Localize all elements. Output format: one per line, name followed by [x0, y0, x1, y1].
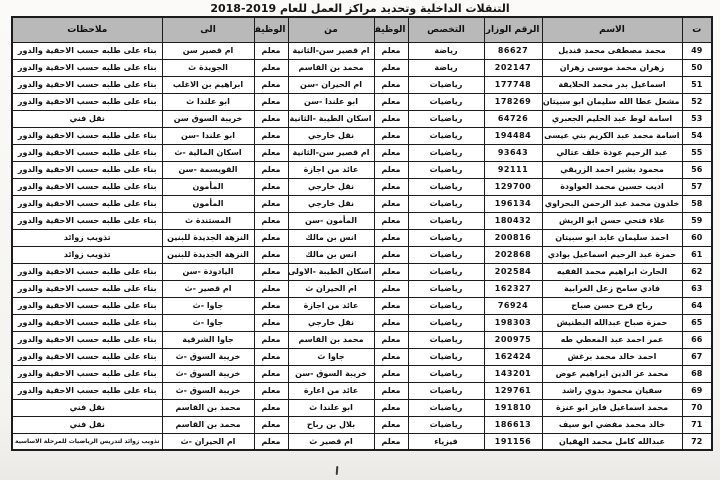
cell-ministry_no: 93643	[484, 144, 542, 161]
cell-name: علاء فتحي حسن ابو الريش	[542, 212, 682, 229]
cell-specialization: رياضيات	[408, 161, 484, 178]
cell-notes: بناء على طلبه حسب الاحقية والدور	[12, 382, 162, 399]
table-row: 54اسامة محمد عبد الكريم بني عيسى194484ري…	[12, 127, 712, 144]
table-row: 68محمد عز الدين ابراهيم عوض143201رياضيات…	[12, 365, 712, 382]
cell-new_job: معلم	[254, 59, 288, 76]
cell-id: 53	[682, 110, 712, 127]
cell-from: ابو علندا -سن	[288, 93, 374, 110]
cell-specialization: فيزياء	[408, 433, 484, 450]
cell-new_job: معلم	[254, 212, 288, 229]
cell-ministry_no: 200975	[484, 331, 542, 348]
cell-id: 65	[682, 314, 712, 331]
cell-specialization: رياضيات	[408, 178, 484, 195]
cell-specialization: رياضيات	[408, 331, 484, 348]
cell-notes: بناء على طلبه حسب الاحقية والدور	[12, 314, 162, 331]
cell-specialization: رياضيات	[408, 144, 484, 161]
cell-to: المأمون	[162, 178, 254, 195]
table-row: 56محمود بشير احمد الزريقي92111رياضياتمعل…	[12, 161, 712, 178]
cell-to: خريبة السوق سن	[162, 110, 254, 127]
cell-notes: بناء على طلبه حسب الاحقية والدور	[12, 59, 162, 76]
cell-from: اسكان الطيبة -الاولى	[288, 263, 374, 280]
cell-new_job: معلم	[254, 93, 288, 110]
cell-ministry_no: 202147	[484, 59, 542, 76]
cell-name: عبدالله كامل محمد الهقيان	[542, 433, 682, 450]
cell-id: 55	[682, 144, 712, 161]
column-header-notes: ملاحظات	[12, 17, 162, 42]
cell-new_job: معلم	[254, 433, 288, 450]
cell-new_job: معلم	[254, 263, 288, 280]
cell-id: 50	[682, 59, 712, 76]
cell-id: 59	[682, 212, 712, 229]
cell-from: ام قصير سن-الثانية	[288, 42, 374, 59]
cell-notes: بناء على طلبه حسب الاحقية والدور	[12, 348, 162, 365]
cell-id: 60	[682, 229, 712, 246]
cell-name: محمد مصطفى محمد قنديل	[542, 42, 682, 59]
cell-from: ابو علندا ث	[288, 399, 374, 416]
cell-new_job: معلم	[254, 178, 288, 195]
cell-name: الحارث ابراهيم محمد الفقيه	[542, 263, 682, 280]
cell-notes: تذويب زوائد	[12, 246, 162, 263]
cell-name: احمد خالد محمد برغش	[542, 348, 682, 365]
cell-from: ام الحيران -سن	[288, 76, 374, 93]
cell-from: انس بن مالك	[288, 246, 374, 263]
table-row: 57اديب حسين محمد العواودة129700رياضياتمع…	[12, 178, 712, 195]
cell-from: بلال بن رباح	[288, 416, 374, 433]
cell-to: ابو علندا -سن	[162, 127, 254, 144]
cell-to: جاوا الشرقية	[162, 331, 254, 348]
cell-current_job: معلم	[374, 416, 408, 433]
table-row: 59علاء فتحي حسن ابو الريش180432رياضياتمع…	[12, 212, 712, 229]
cell-from: محمد بن القاسم	[288, 331, 374, 348]
cell-to: ام قصير سن	[162, 42, 254, 59]
cell-from: نقل خارجي	[288, 127, 374, 144]
cell-notes: بناء على طلبه حسب الاحقية والدور	[12, 93, 162, 110]
cell-name: خلدون محمد عبد الرحمن البحراوي	[542, 195, 682, 212]
cell-notes: بناء على طلبه حسب الاحقية والدور	[12, 144, 162, 161]
cell-notes: بناء على طلبه حسب الاحقية والدور	[12, 42, 162, 59]
cell-new_job: معلم	[254, 144, 288, 161]
table-row: 63فادي سامح زعل الغرابية162327رياضياتمعل…	[12, 280, 712, 297]
table-row: 67احمد خالد محمد برغش162424رياضياتمعلمجا…	[12, 348, 712, 365]
cell-specialization: رياضيات	[408, 229, 484, 246]
cell-to: جاوا -ث	[162, 314, 254, 331]
cell-from: عائد من اجازة	[288, 161, 374, 178]
cell-notes: بناء على طلبه حسب الاحقية والدور	[12, 76, 162, 93]
cell-to: خريبة السوق -ث	[162, 382, 254, 399]
cell-new_job: معلم	[254, 229, 288, 246]
cell-notes: بناء على طلبه حسب الاحقية والدور	[12, 280, 162, 297]
cell-name: رباح فرح حسن صباح	[542, 297, 682, 314]
cell-new_job: معلم	[254, 42, 288, 59]
cell-to: القويسمة -سن	[162, 161, 254, 178]
cell-to: اسكان المالية -ث	[162, 144, 254, 161]
cell-ministry_no: 191156	[484, 433, 542, 450]
cell-notes: بناء على طلبه حسب الاحقية والدور	[12, 263, 162, 280]
cell-notes: بناء على طلبه حسب الاحقية والدور	[12, 365, 162, 382]
cell-notes: بناء على طلبه حسب الاحقية والدور	[12, 297, 162, 314]
cell-to: خريبة السوق -ث	[162, 348, 254, 365]
cell-specialization: رياضيات	[408, 297, 484, 314]
cell-to: ابراهيم بن الاغلب	[162, 76, 254, 93]
cell-name: حمزة عبد الرحيم اسماعيل بوادي	[542, 246, 682, 263]
cell-ministry_no: 76924	[484, 297, 542, 314]
cell-current_job: معلم	[374, 382, 408, 399]
table-row: 66عمر احمد عبد المعطي طه200975رياضياتمعل…	[12, 331, 712, 348]
cell-name: محمود بشير احمد الزريقي	[542, 161, 682, 178]
header-row: تالاسمالرقم الوزاريالتخصصالوظيفة الحالية…	[12, 17, 712, 42]
cell-notes: بناء على طلبه حسب الاحقية والدور	[12, 212, 162, 229]
table-row: 58خلدون محمد عبد الرحمن البحراوي196134ري…	[12, 195, 712, 212]
cell-new_job: معلم	[254, 280, 288, 297]
cell-id: 66	[682, 331, 712, 348]
cell-current_job: معلم	[374, 59, 408, 76]
cell-ministry_no: 186613	[484, 416, 542, 433]
cell-ministry_no: 196134	[484, 195, 542, 212]
table-row: 55عبد الرحيم عودة خلف عتالي93643رياضياتم…	[12, 144, 712, 161]
cell-from: جاوا ث	[288, 348, 374, 365]
cell-id: 57	[682, 178, 712, 195]
cell-current_job: معلم	[374, 246, 408, 263]
cell-new_job: معلم	[254, 382, 288, 399]
cell-name: سفيان محمود بدوي راشد	[542, 382, 682, 399]
cell-name: حمزة صباح عبدالله البطنيش	[542, 314, 682, 331]
table-row: 50زهران محمد موسى زهران202147رياضةمعلممح…	[12, 59, 712, 76]
cell-specialization: رياضيات	[408, 365, 484, 382]
cell-from: عائد من اعارة	[288, 382, 374, 399]
cell-ministry_no: 202868	[484, 246, 542, 263]
cell-id: 70	[682, 399, 712, 416]
cell-current_job: معلم	[374, 280, 408, 297]
cell-name: زهران محمد موسى زهران	[542, 59, 682, 76]
column-header-id: ت	[682, 17, 712, 42]
cell-new_job: معلم	[254, 127, 288, 144]
cell-new_job: معلم	[254, 110, 288, 127]
cell-ministry_no: 162424	[484, 348, 542, 365]
cell-notes: نقل فني	[12, 399, 162, 416]
cell-ministry_no: 200816	[484, 229, 542, 246]
cell-id: 58	[682, 195, 712, 212]
cell-from: نقل خارجي	[288, 195, 374, 212]
cell-current_job: معلم	[374, 348, 408, 365]
table-row: 52مشعل عطا الله سليمان ابو سبيتان178269ر…	[12, 93, 712, 110]
cell-new_job: معلم	[254, 365, 288, 382]
cell-notes: تذويب زوائد لتدريس الرياضيات للمرحلة الا…	[12, 433, 162, 450]
cell-notes: تذويب زوائد	[12, 229, 162, 246]
cell-ministry_no: 129700	[484, 178, 542, 195]
column-header-specialization: التخصص	[408, 17, 484, 42]
cell-to: محمد بن القاسم	[162, 399, 254, 416]
cell-specialization: رياضيات	[408, 348, 484, 365]
table-body: 49محمد مصطفى محمد قنديل86627رياضةمعلمام …	[12, 42, 712, 450]
table-row: 69سفيان محمود بدوي راشد129761رياضياتمعلم…	[12, 382, 712, 399]
cell-current_job: معلم	[374, 314, 408, 331]
cell-specialization: رياضيات	[408, 93, 484, 110]
cell-current_job: معلم	[374, 178, 408, 195]
cell-notes: بناء على طلبه حسب الاحقية والدور	[12, 331, 162, 348]
cell-new_job: معلم	[254, 246, 288, 263]
cell-new_job: معلم	[254, 297, 288, 314]
cell-from: ام قصير سن-الثانية	[288, 144, 374, 161]
cell-specialization: رياضيات	[408, 246, 484, 263]
cell-ministry_no: 198303	[484, 314, 542, 331]
cell-ministry_no: 143201	[484, 365, 542, 382]
cell-current_job: معلم	[374, 212, 408, 229]
cell-from: ام قصير ث	[288, 433, 374, 450]
stray-ink-mark	[336, 466, 339, 475]
cell-from: اسكان الطيبة -الثانية	[288, 110, 374, 127]
page-title: التنقلات الداخلية وتحديد مراكز العمل للع…	[0, 0, 720, 15]
cell-name: اديب حسين محمد العواودة	[542, 178, 682, 195]
table-row: 72عبدالله كامل محمد الهقيان191156فيزياءم…	[12, 433, 712, 450]
cell-id: 62	[682, 263, 712, 280]
cell-new_job: معلم	[254, 314, 288, 331]
table-row: 61حمزة عبد الرحيم اسماعيل بوادي202868ريا…	[12, 246, 712, 263]
table-row: 51اسماعيل بدر محمد الحلايقة177748رياضيات…	[12, 76, 712, 93]
cell-to: الجويدة ث	[162, 59, 254, 76]
cell-current_job: معلم	[374, 110, 408, 127]
cell-to: المستندة ث	[162, 212, 254, 229]
cell-current_job: معلم	[374, 433, 408, 450]
cell-to: النزهة الجديدة للبنين	[162, 246, 254, 263]
column-header-new_job: الوظيفة المنقول عليها	[254, 17, 288, 42]
cell-current_job: معلم	[374, 331, 408, 348]
cell-current_job: معلم	[374, 399, 408, 416]
cell-current_job: معلم	[374, 127, 408, 144]
cell-notes: نقل فني	[12, 416, 162, 433]
cell-current_job: معلم	[374, 76, 408, 93]
cell-name: مشعل عطا الله سليمان ابو سبيتان	[542, 93, 682, 110]
cell-id: 67	[682, 348, 712, 365]
cell-new_job: معلم	[254, 195, 288, 212]
cell-id: 71	[682, 416, 712, 433]
cell-id: 49	[682, 42, 712, 59]
column-header-ministry_no: الرقم الوزاري	[484, 17, 542, 42]
cell-from: محمد بن القاسم	[288, 59, 374, 76]
table-row: 53اسامة لوط عبد الحليم الجعبري64726رياضي…	[12, 110, 712, 127]
cell-specialization: رياضة	[408, 42, 484, 59]
cell-name: محمد اسماعيل فايز ابو عنزة	[542, 399, 682, 416]
cell-current_job: معلم	[374, 229, 408, 246]
cell-new_job: معلم	[254, 161, 288, 178]
cell-notes: نقل فني	[12, 110, 162, 127]
cell-id: 54	[682, 127, 712, 144]
cell-id: 69	[682, 382, 712, 399]
table-row: 70محمد اسماعيل فايز ابو عنزة191810رياضيا…	[12, 399, 712, 416]
cell-to: جاوا -ث	[162, 297, 254, 314]
cell-current_job: معلم	[374, 365, 408, 382]
cell-ministry_no: 86627	[484, 42, 542, 59]
cell-to: اليادودة -سن	[162, 263, 254, 280]
cell-ministry_no: 180432	[484, 212, 542, 229]
cell-new_job: معلم	[254, 348, 288, 365]
transfers-table: تالاسمالرقم الوزاريالتخصصالوظيفة الحالية…	[11, 16, 713, 451]
cell-id: 64	[682, 297, 712, 314]
cell-name: احمد سليمان عابد ابو سبيتان	[542, 229, 682, 246]
column-header-current_job: الوظيفة الحالية	[374, 17, 408, 42]
cell-specialization: رياضيات	[408, 110, 484, 127]
cell-specialization: رياضيات	[408, 416, 484, 433]
table-row: 49محمد مصطفى محمد قنديل86627رياضةمعلمام …	[12, 42, 712, 59]
cell-id: 61	[682, 246, 712, 263]
cell-ministry_no: 162327	[484, 280, 542, 297]
column-header-to: الى	[162, 17, 254, 42]
cell-to: ام قصير -ث	[162, 280, 254, 297]
cell-current_job: معلم	[374, 93, 408, 110]
table-row: 62الحارث ابراهيم محمد الفقيه202584رياضيا…	[12, 263, 712, 280]
cell-name: اسماعيل بدر محمد الحلايقة	[542, 76, 682, 93]
cell-ministry_no: 194484	[484, 127, 542, 144]
cell-from: نقل خارجي	[288, 314, 374, 331]
table-row: 71خالد محمد مفضي ابو سيف186613رياضياتمعل…	[12, 416, 712, 433]
cell-to: النزهة الجديدة للبنين	[162, 229, 254, 246]
cell-current_job: معلم	[374, 42, 408, 59]
cell-specialization: رياضيات	[408, 212, 484, 229]
cell-specialization: رياضة	[408, 59, 484, 76]
cell-ministry_no: 178269	[484, 93, 542, 110]
cell-id: 72	[682, 433, 712, 450]
cell-current_job: معلم	[374, 195, 408, 212]
cell-notes: بناء على طلبه حسب الاحقية والدور	[12, 195, 162, 212]
table-row: 64رباح فرح حسن صباح76924رياضياتمعلمعائد …	[12, 297, 712, 314]
cell-new_job: معلم	[254, 416, 288, 433]
cell-id: 68	[682, 365, 712, 382]
cell-ministry_no: 177748	[484, 76, 542, 93]
cell-specialization: رياضيات	[408, 314, 484, 331]
cell-specialization: رياضيات	[408, 127, 484, 144]
cell-name: فادي سامح زعل الغرابية	[542, 280, 682, 297]
column-header-name: الاسم	[542, 17, 682, 42]
cell-name: اسامة محمد عبد الكريم بني عيسى	[542, 127, 682, 144]
cell-ministry_no: 64726	[484, 110, 542, 127]
cell-from: انس بن مالك	[288, 229, 374, 246]
cell-to: ابو علندا ث	[162, 93, 254, 110]
cell-ministry_no: 92111	[484, 161, 542, 178]
cell-specialization: رياضيات	[408, 280, 484, 297]
cell-current_job: معلم	[374, 161, 408, 178]
cell-new_job: معلم	[254, 399, 288, 416]
cell-name: عمر احمد عبد المعطي طه	[542, 331, 682, 348]
cell-to: خريبة السوق -ث	[162, 365, 254, 382]
cell-new_job: معلم	[254, 331, 288, 348]
cell-specialization: رياضيات	[408, 382, 484, 399]
table-row: 65حمزة صباح عبدالله البطنيش198303رياضيات…	[12, 314, 712, 331]
cell-specialization: رياضيات	[408, 76, 484, 93]
table-header: تالاسمالرقم الوزاريالتخصصالوظيفة الحالية…	[12, 17, 712, 42]
cell-id: 52	[682, 93, 712, 110]
cell-ministry_no: 129761	[484, 382, 542, 399]
cell-from: عائد من اجازة	[288, 297, 374, 314]
cell-to: المأمون	[162, 195, 254, 212]
cell-notes: بناء على طلبه حسب الاحقية والدور	[12, 161, 162, 178]
cell-from: ام الحيران ث	[288, 280, 374, 297]
cell-specialization: رياضيات	[408, 399, 484, 416]
cell-id: 56	[682, 161, 712, 178]
cell-notes: بناء على طلبه حسب الاحقية والدور	[12, 178, 162, 195]
cell-ministry_no: 202584	[484, 263, 542, 280]
cell-from: المأمون -سن	[288, 212, 374, 229]
cell-id: 51	[682, 76, 712, 93]
column-header-from: من	[288, 17, 374, 42]
cell-name: عبد الرحيم عودة خلف عتالي	[542, 144, 682, 161]
cell-specialization: رياضيات	[408, 195, 484, 212]
cell-current_job: معلم	[374, 263, 408, 280]
cell-name: خالد محمد مفضي ابو سيف	[542, 416, 682, 433]
cell-notes: بناء على طلبه حسب الاحقية والدور	[12, 127, 162, 144]
cell-from: خريبة السوق -سن	[288, 365, 374, 382]
cell-current_job: معلم	[374, 144, 408, 161]
cell-new_job: معلم	[254, 76, 288, 93]
cell-to: ام الحيران -ث	[162, 433, 254, 450]
cell-current_job: معلم	[374, 297, 408, 314]
cell-to: محمد بن القاسم	[162, 416, 254, 433]
cell-name: اسامة لوط عبد الحليم الجعبري	[542, 110, 682, 127]
table-row: 60احمد سليمان عابد ابو سبيتان200816رياضي…	[12, 229, 712, 246]
cell-ministry_no: 191810	[484, 399, 542, 416]
cell-id: 63	[682, 280, 712, 297]
cell-specialization: رياضيات	[408, 263, 484, 280]
cell-from: نقل خارجي	[288, 178, 374, 195]
cell-name: محمد عز الدين ابراهيم عوض	[542, 365, 682, 382]
